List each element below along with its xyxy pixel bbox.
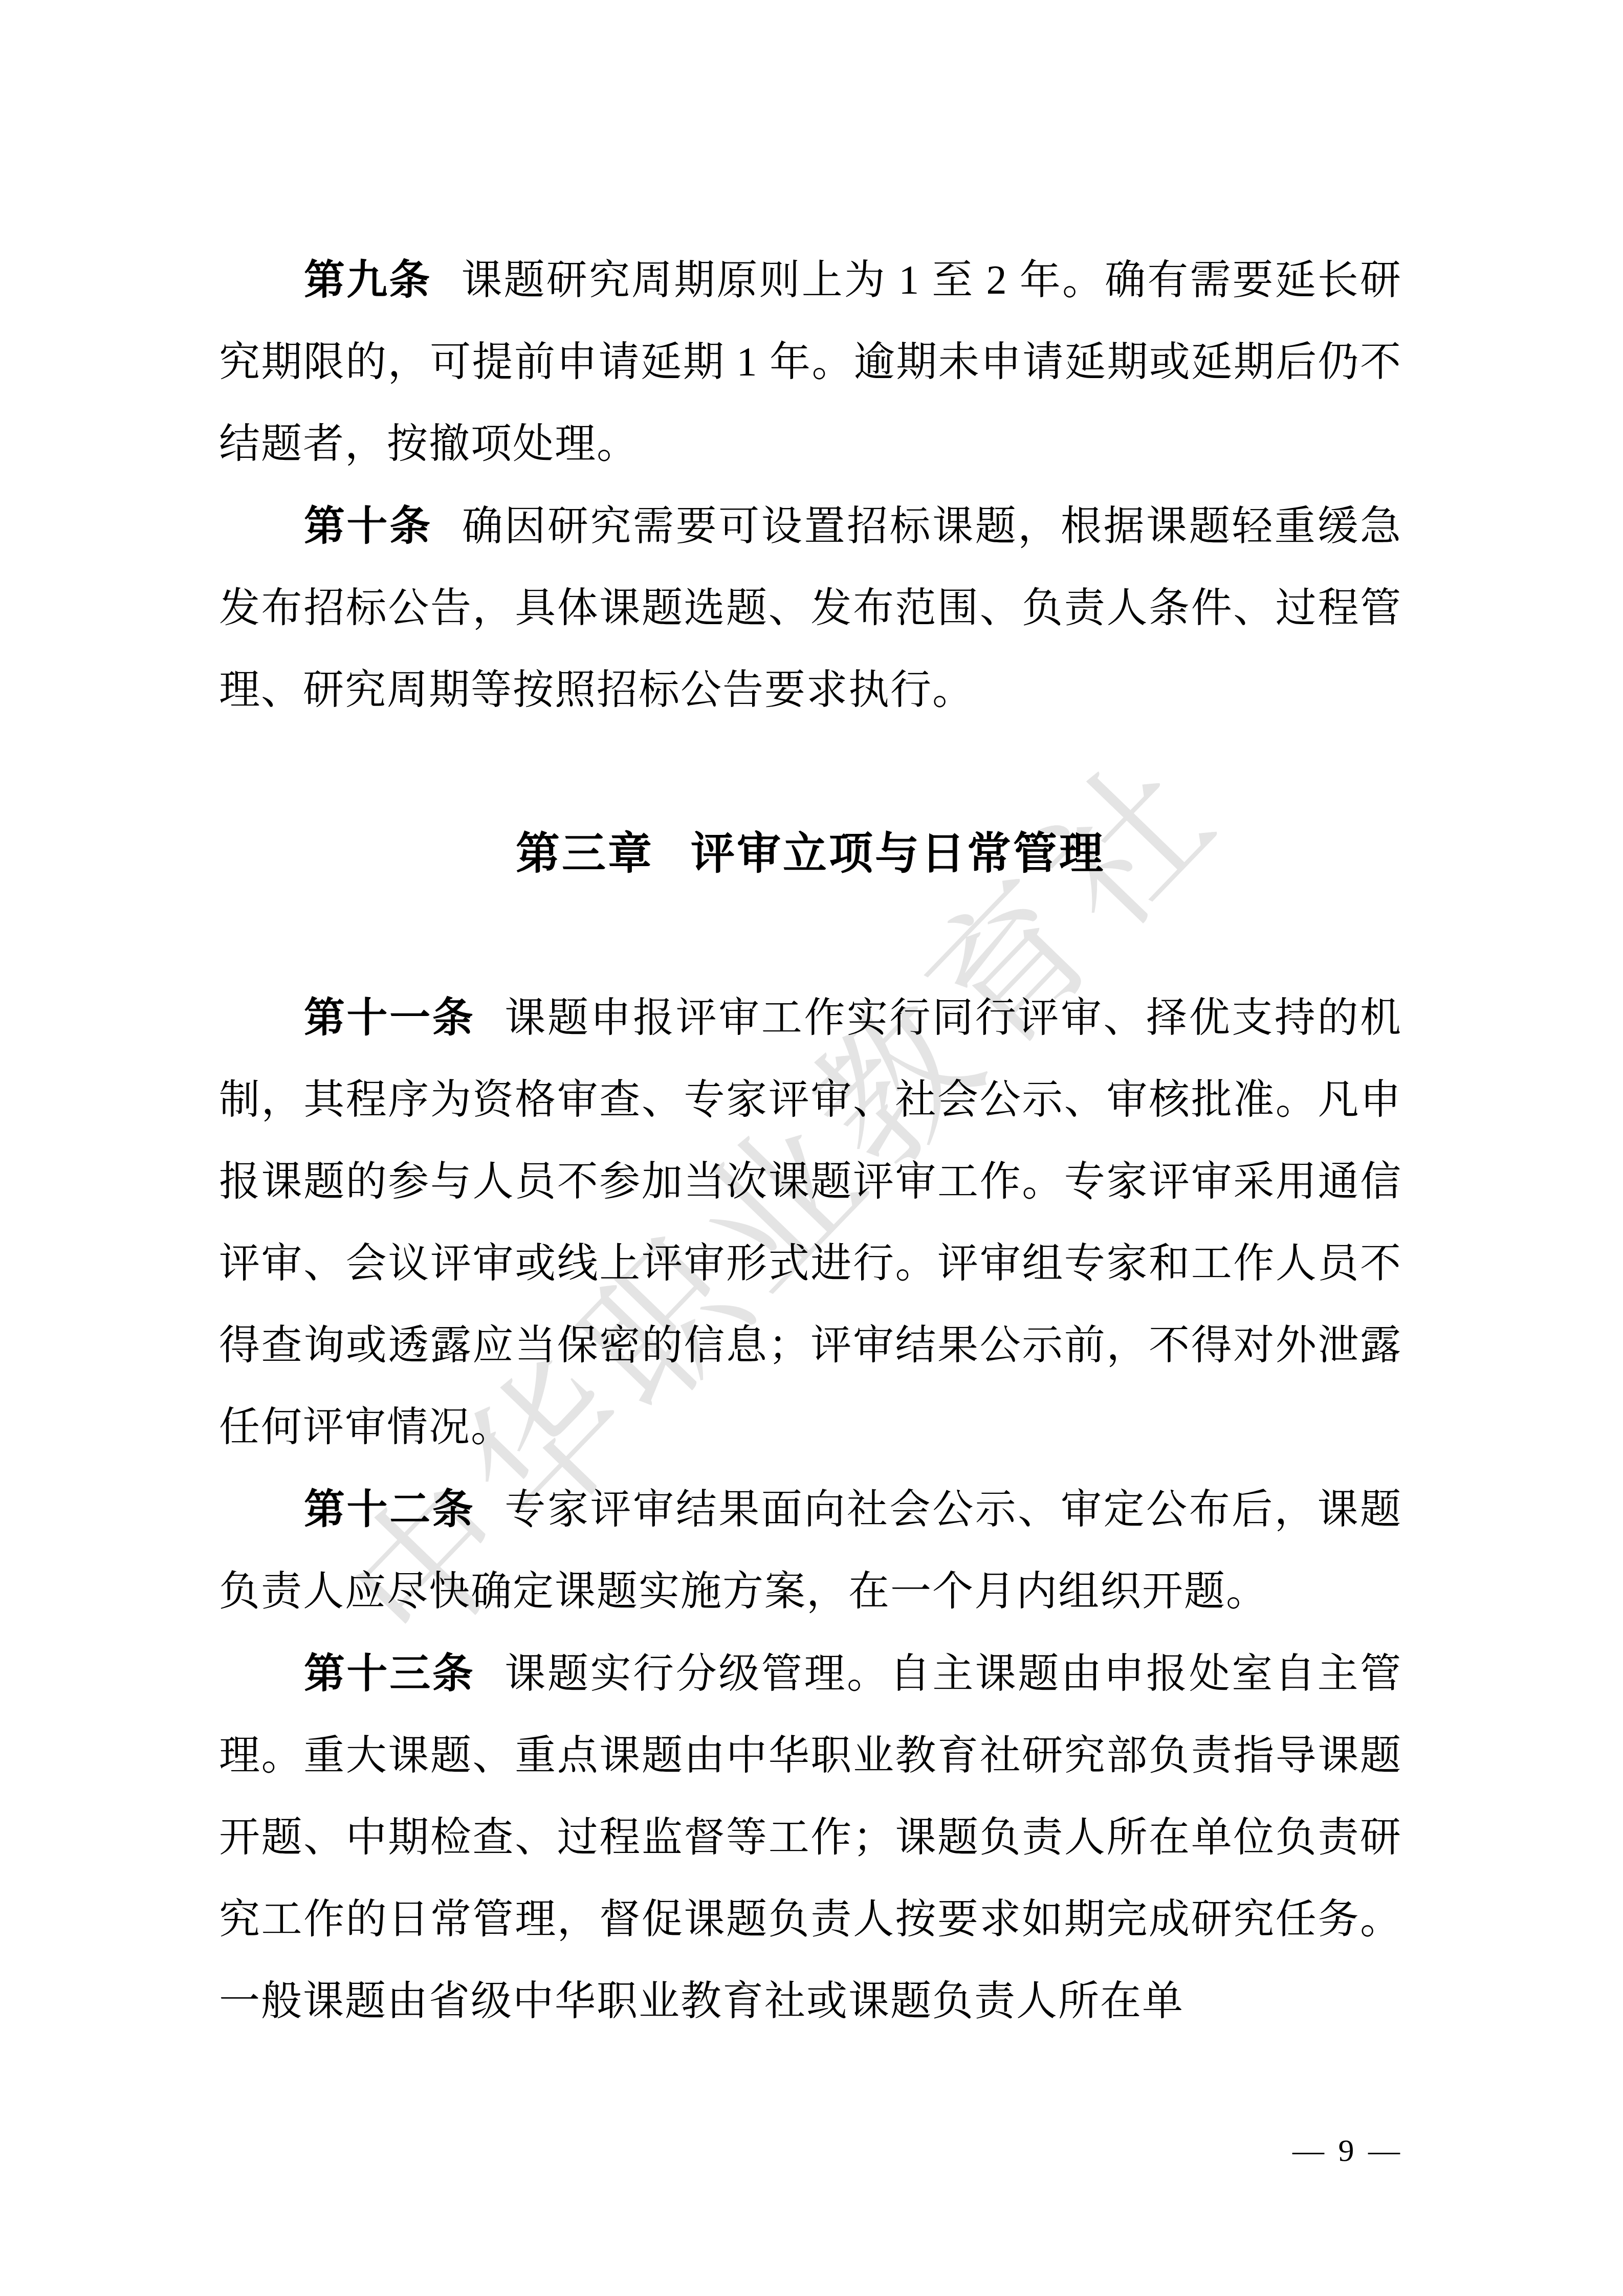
article-number-label: 第九条 xyxy=(304,257,431,302)
article-paragraph-11: 第十一条课题申报评审工作实行同行评审、择优支持的机制，其程序为资格审查、专家评审… xyxy=(219,977,1402,1468)
chapter-heading: 第三章评审立项与日常管理 xyxy=(219,813,1402,895)
document-page: 中华职业教育社 第九条课题研究周期原则上为 1 至 2 年。确有需要延长研究期限… xyxy=(0,0,1623,2296)
article-text: 课题实行分级管理。自主课题由申报处室自主管理。重大课题、重点课题由中华职业教育社… xyxy=(219,1651,1402,2024)
article-text: 课题申报评审工作实行同行评审、择优支持的机制，其程序为资格审查、专家评审、社会公… xyxy=(219,996,1402,1450)
article-paragraph-9: 第九条课题研究周期原则上为 1 至 2 年。确有需要延长研究期限的，可提前申请延… xyxy=(219,239,1402,485)
article-number-label: 第十三条 xyxy=(304,1650,475,1696)
chapter-title: 评审立项与日常管理 xyxy=(691,829,1105,878)
page-content: 第九条课题研究周期原则上为 1 至 2 年。确有需要延长研究期限的，可提前申请延… xyxy=(219,239,1402,2042)
article-number-label: 第十条 xyxy=(304,503,432,548)
article-number-label: 第十一条 xyxy=(304,995,475,1040)
chapter-number: 第三章 xyxy=(516,829,654,878)
article-paragraph-13: 第十三条课题实行分级管理。自主课题由申报处室自主管理。重大课题、重点课题由中华职… xyxy=(219,1632,1402,2042)
page-number: — 9 — xyxy=(1292,2132,1403,2169)
article-paragraph-12: 第十二条专家评审结果面向社会公示、审定公布后，课题负责人应尽快确定课题实施方案，… xyxy=(219,1468,1402,1632)
article-paragraph-10: 第十条确因研究需要可设置招标课题，根据课题轻重缓急发布招标公告，具体课题选题、发… xyxy=(219,485,1402,731)
article-number-label: 第十二条 xyxy=(304,1486,475,1532)
